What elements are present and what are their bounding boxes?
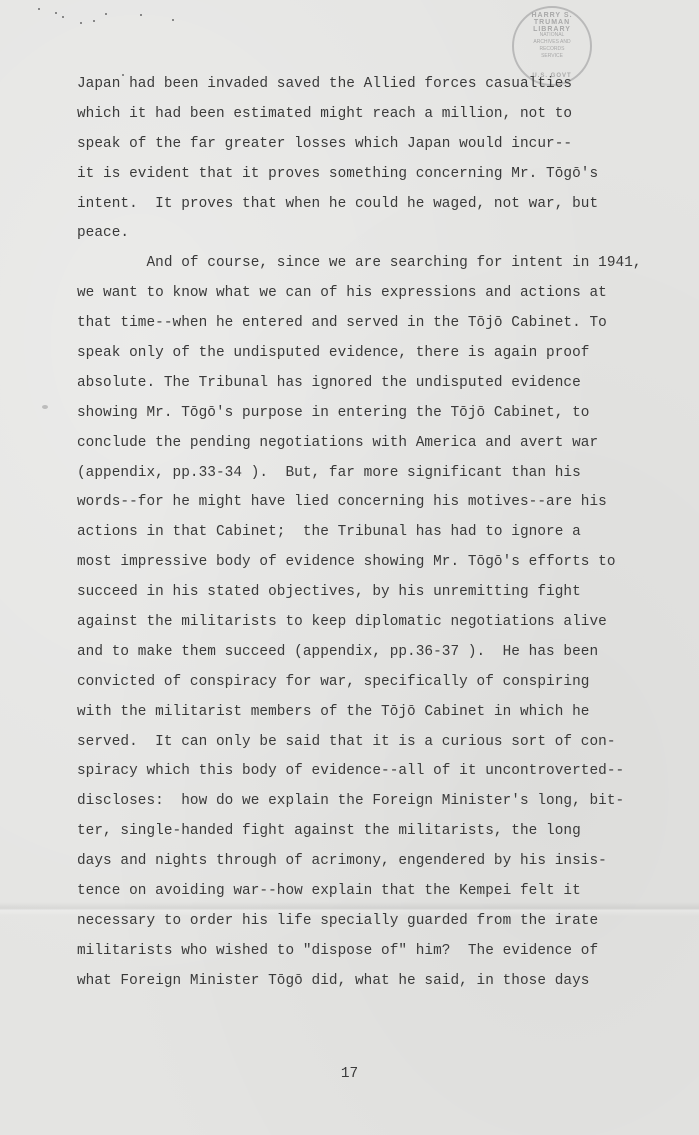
text-line: convicted of conspiracy for war, specifi… <box>77 668 677 698</box>
text-line: showing Mr. Tōgō's purpose in entering t… <box>77 399 677 429</box>
stamp-center-text: NATIONAL ARCHIVES AND RECORDS SERVICE <box>528 32 576 60</box>
text-line: what Foreign Minister Tōgō did, what he … <box>77 967 677 997</box>
text-line: absolute. The Tribunal has ignored the u… <box>77 369 677 399</box>
body-text: Japan had been invaded saved the Allied … <box>77 70 677 997</box>
text-line: most impressive body of evidence showing… <box>77 548 677 578</box>
text-line: (appendix, pp.33-34 ). But, far more sig… <box>77 459 677 489</box>
paper-speck <box>42 405 48 409</box>
paper-speck <box>62 16 64 18</box>
document-page: HARRY S. TRUMAN LIBRARY NATIONAL ARCHIVE… <box>0 0 699 1135</box>
text-line: Japan had been invaded saved the Allied … <box>77 70 677 100</box>
paper-speck <box>55 12 57 14</box>
paper-speck <box>105 13 107 15</box>
text-line: days and nights through of acrimony, eng… <box>77 847 677 877</box>
text-line: words--for he might have lied concerning… <box>77 488 677 518</box>
text-line: spiracy which this body of evidence--all… <box>77 757 677 787</box>
stamp-ring-top: HARRY S. TRUMAN LIBRARY <box>514 12 590 33</box>
text-line: against the militarists to keep diplomat… <box>77 608 677 638</box>
page-number: 17 <box>0 1066 699 1082</box>
text-line: ter, single-handed fight against the mil… <box>77 817 677 847</box>
text-line: served. It can only be said that it is a… <box>77 728 677 758</box>
text-line: And of course, since we are searching fo… <box>77 249 677 279</box>
text-line: tence on avoiding war--how explain that … <box>77 877 677 907</box>
paper-speck <box>172 19 174 21</box>
text-line: militarists who wished to "dispose of" h… <box>77 937 677 967</box>
text-line: and to make them succeed (appendix, pp.3… <box>77 638 677 668</box>
text-line: that time--when he entered and served in… <box>77 309 677 339</box>
text-line: discloses: how do we explain the Foreign… <box>77 787 677 817</box>
text-line: succeed in his stated objectives, by his… <box>77 578 677 608</box>
text-line: speak only of the undisputed evidence, t… <box>77 339 677 369</box>
text-line: which it had been estimated might reach … <box>77 100 677 130</box>
text-line: necessary to order his life specially gu… <box>77 907 677 937</box>
text-line: peace. <box>77 219 677 249</box>
text-line: actions in that Cabinet; the Tribunal ha… <box>77 518 677 548</box>
text-line: conclude the pending negotiations with A… <box>77 429 677 459</box>
text-line: with the militarist members of the Tōjō … <box>77 698 677 728</box>
text-line: it is evident that it proves something c… <box>77 160 677 190</box>
paper-speck <box>38 8 40 10</box>
text-line: speak of the far greater losses which Ja… <box>77 130 677 160</box>
text-line: intent. It proves that when he could he … <box>77 190 677 220</box>
paper-speck <box>140 14 142 16</box>
paper-speck <box>93 20 95 22</box>
paper-speck <box>80 22 82 24</box>
text-line: we want to know what we can of his expre… <box>77 279 677 309</box>
